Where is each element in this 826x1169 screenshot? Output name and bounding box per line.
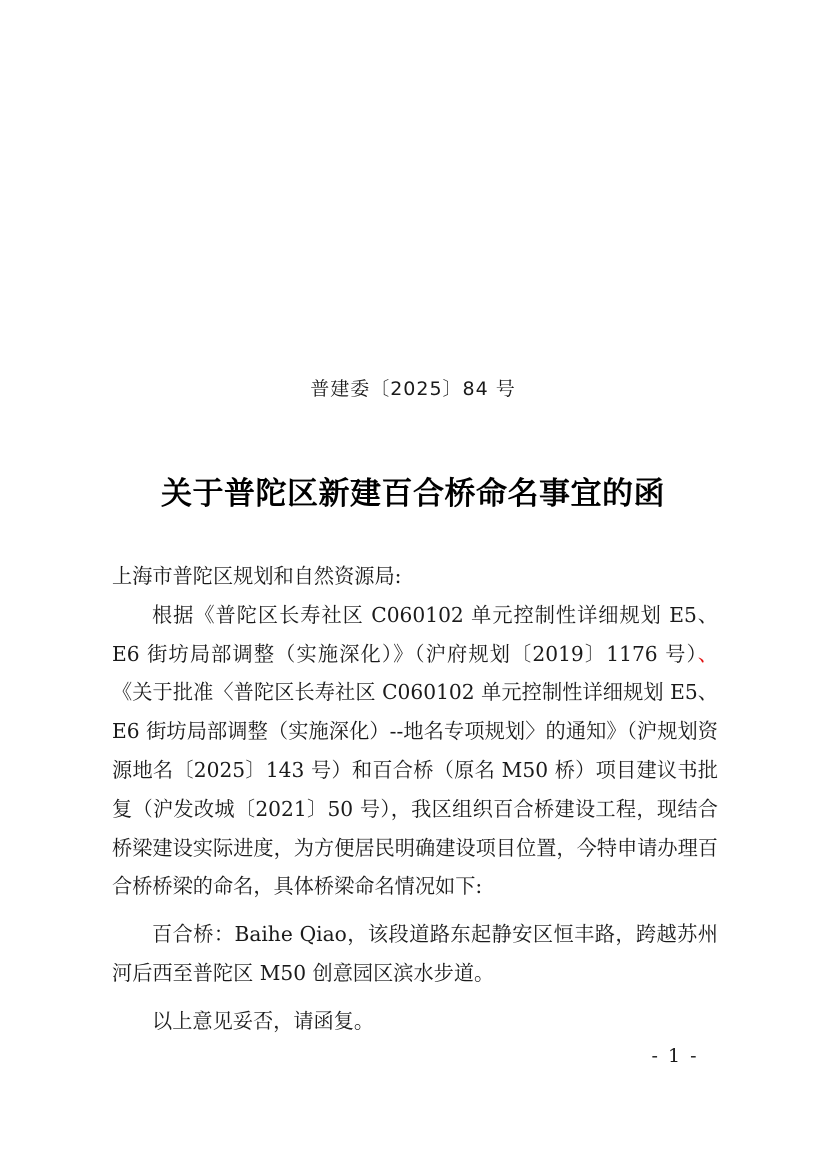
document-number: 普建委〔2025〕84 号 <box>0 374 826 401</box>
paragraph-basis-text-part1: 根据《普陀区长寿社区 C060102 单元控制性详细规划 E5、E6 街坊局部调… <box>112 603 718 666</box>
document-body: 上海市普陀区规划和自然资源局: 根据《普陀区长寿社区 C060102 单元控制性… <box>112 557 718 1041</box>
paragraph-basis-text-part2: 《关于批准〈普陀区长寿社区 C060102 单元控制性详细规划 E5、E6 街坊… <box>112 680 718 898</box>
document-page: 普建委〔2025〕84 号 关于普陀区新建百合桥命名事宜的函 上海市普陀区规划和… <box>0 0 826 1169</box>
paragraph-bridge-naming: 百合桥：Baihe Qiao，该段道路东起静安区恒丰路，跨越苏州河后西至普陀区 … <box>112 915 718 993</box>
addressee: 上海市普陀区规划和自然资源局: <box>112 557 718 596</box>
paragraph-basis: 根据《普陀区长寿社区 C060102 单元控制性详细规划 E5、E6 街坊局部调… <box>112 596 718 906</box>
red-enumeration-comma: 、 <box>698 642 718 666</box>
page-number: - 1 - <box>640 1045 710 1067</box>
document-title: 关于普陀区新建百合桥命名事宜的函 <box>0 468 826 513</box>
paragraph-closing: 以上意见妥否，请函复。 <box>112 1002 718 1041</box>
